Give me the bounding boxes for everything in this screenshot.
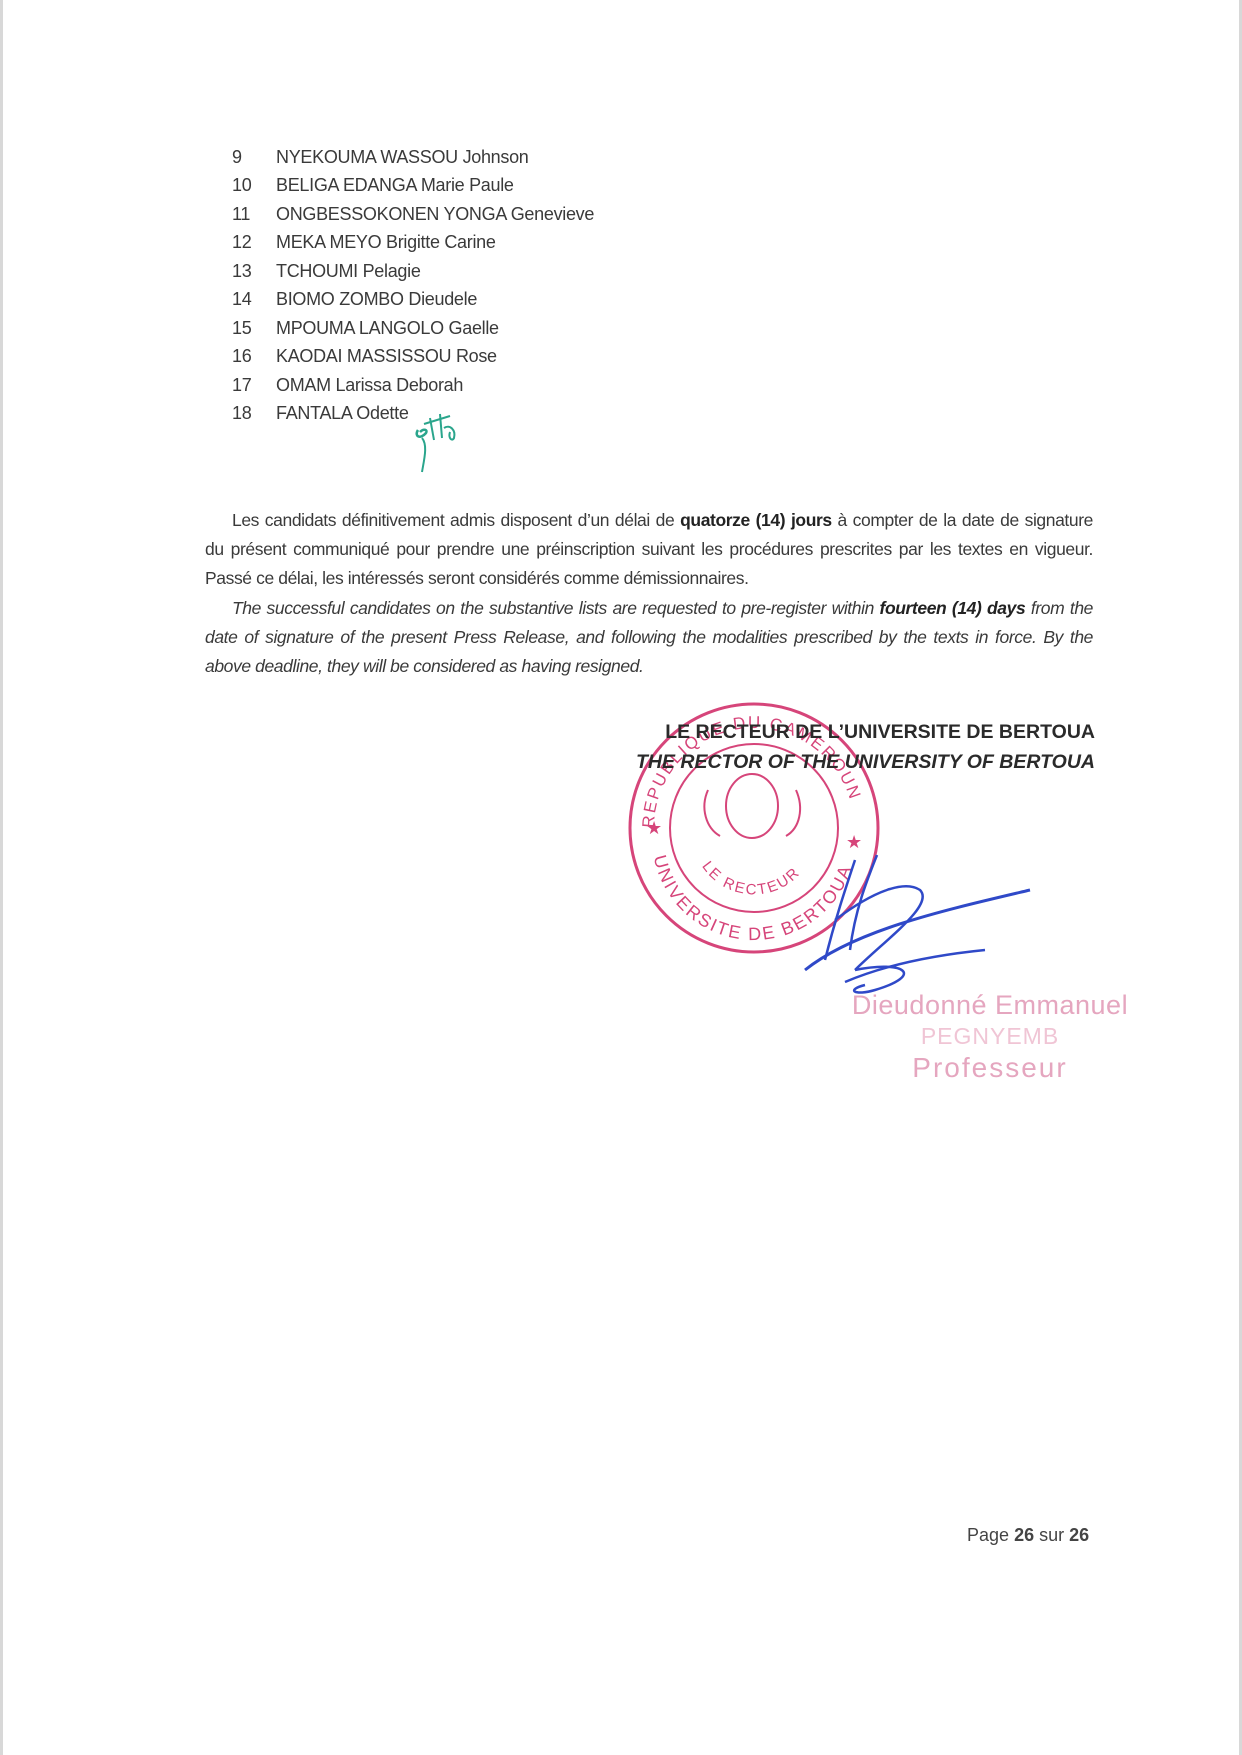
list-item: 10BELIGA EDANGA Marie Paule — [232, 172, 594, 201]
rector-rank: Professeur — [840, 1052, 1140, 1084]
candidate-name: MPOUMA LANGOLO Gaelle — [276, 318, 499, 339]
svg-text:★: ★ — [846, 832, 862, 852]
candidate-number: 17 — [232, 375, 276, 396]
candidate-number: 9 — [232, 147, 276, 168]
candidate-name: FANTALA Odette — [276, 403, 409, 424]
signatory-block: LE RECTEUR DE L’UNIVERSITE DE BERTOUA TH… — [636, 717, 1095, 777]
candidate-number: 12 — [232, 232, 276, 253]
candidate-number: 10 — [232, 175, 276, 196]
notice-fr-deadline: quatorze (14) jours — [680, 510, 832, 530]
list-item: 15MPOUMA LANGOLO Gaelle — [232, 314, 594, 343]
notice-french: Les candidats définitivement admis dispo… — [205, 506, 1093, 593]
svg-text:★: ★ — [646, 818, 662, 838]
notice-en-text: The successful candidates on the substan… — [232, 598, 880, 618]
candidate-name: NYEKOUMA WASSOU Johnson — [276, 147, 529, 168]
candidate-number: 18 — [232, 403, 276, 424]
page-sep: sur — [1039, 1525, 1064, 1545]
notice-en-deadline: fourteen (14) days — [880, 598, 1026, 618]
handwritten-initials-icon — [410, 400, 480, 475]
list-item: 13TCHOUMI Pelagie — [232, 257, 594, 286]
candidate-name: OMAM Larissa Deborah — [276, 375, 463, 396]
list-item: 14BIOMO ZOMBO Dieudele — [232, 286, 594, 315]
page-current: 26 — [1014, 1525, 1034, 1545]
page-label: Page — [967, 1525, 1009, 1545]
list-item: 17OMAM Larissa Deborah — [232, 371, 594, 400]
candidate-name: TCHOUMI Pelagie — [276, 261, 421, 282]
rector-last-name: PEGNYEMB — [840, 1023, 1140, 1050]
candidate-name: KAODAI MASSISSOU Rose — [276, 346, 497, 367]
signatory-title-en: THE RECTOR OF THE UNIVERSITY OF BERTOUA — [636, 747, 1095, 777]
signatory-title-fr: LE RECTEUR DE L’UNIVERSITE DE BERTOUA — [636, 717, 1095, 747]
handwritten-signature-icon — [795, 850, 1045, 1000]
candidate-list: 9NYEKOUMA WASSOU Johnson10BELIGA EDANGA … — [232, 143, 594, 428]
candidate-name: BIOMO ZOMBO Dieudele — [276, 289, 477, 310]
notice-english: The successful candidates on the substan… — [205, 594, 1093, 681]
list-item: 9NYEKOUMA WASSOU Johnson — [232, 143, 594, 172]
candidate-name: BELIGA EDANGA Marie Paule — [276, 175, 514, 196]
svg-text:LE RECTEUR: LE RECTEUR — [698, 858, 803, 898]
candidate-number: 13 — [232, 261, 276, 282]
list-item: 16KAODAI MASSISSOU Rose — [232, 343, 594, 372]
list-item: 11ONGBESSOKONEN YONGA Genevieve — [232, 200, 594, 229]
candidate-number: 15 — [232, 318, 276, 339]
candidate-number: 14 — [232, 289, 276, 310]
scan-edge-left — [0, 0, 3, 1755]
list-item: 12MEKA MEYO Brigitte Carine — [232, 229, 594, 258]
candidate-number: 16 — [232, 346, 276, 367]
candidate-name: MEKA MEYO Brigitte Carine — [276, 232, 496, 253]
notice-fr-text: Les candidats définitivement admis dispo… — [232, 510, 680, 530]
candidate-number: 11 — [232, 204, 276, 225]
page-number: Page 26 sur 26 — [967, 1525, 1089, 1546]
page-total: 26 — [1069, 1525, 1089, 1545]
candidate-name: ONGBESSOKONEN YONGA Genevieve — [276, 204, 594, 225]
rector-name-stamp: Dieudonné Emmanuel PEGNYEMB Professeur — [840, 990, 1140, 1084]
